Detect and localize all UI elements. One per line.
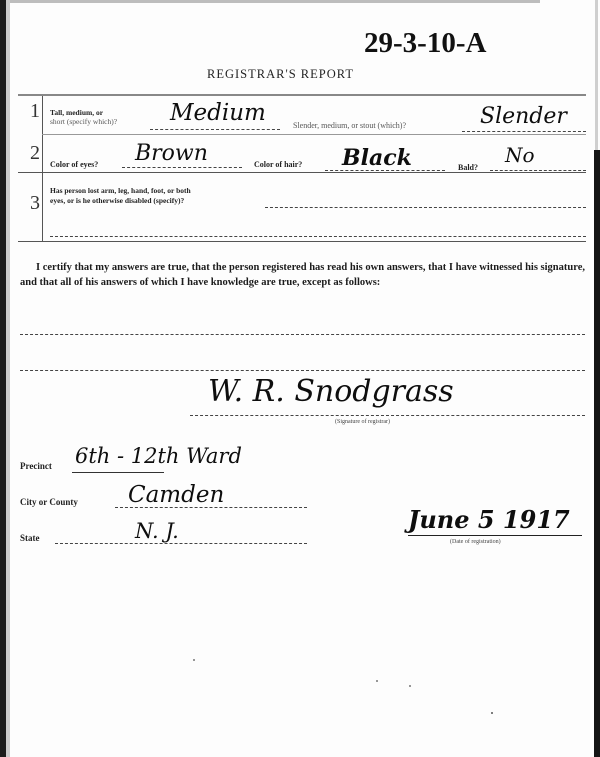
precinct-label: Precinct	[20, 461, 52, 471]
row2-question-eyes: Color of eyes?	[50, 160, 98, 169]
certification-statement: I certify that my answers are true, that…	[20, 260, 585, 290]
registrar-signature-line	[190, 415, 585, 416]
row3-answer-line-1	[265, 207, 586, 208]
registration-date: June 5 1917	[408, 505, 570, 534]
row2-answer-bald: No	[505, 143, 535, 167]
row1-answer-build-height: Medium	[170, 100, 266, 126]
city-county-label: City or County	[20, 497, 78, 507]
state-line	[55, 543, 307, 544]
row3-question-line2: eyes, or is he otherwise disabled (speci…	[50, 196, 184, 205]
scan-speck	[491, 712, 493, 714]
serial-number: 29-3-10-A	[364, 27, 486, 60]
exceptions-line-2	[20, 370, 585, 371]
row2-answer-eyes-line	[122, 167, 242, 168]
row-number-2: 2	[30, 142, 40, 165]
registrar-signature: W. R. Snodgrass	[208, 374, 454, 409]
scan-speck	[376, 680, 378, 682]
precinct-line	[72, 472, 164, 473]
row2-question-hair: Color of hair?	[254, 160, 302, 169]
row2-answer-bald-line	[490, 170, 586, 171]
row1-question-b: Slender, medium, or stout (which)?	[293, 121, 406, 130]
scan-speck	[409, 685, 411, 687]
row2-bottom-rule	[18, 172, 586, 173]
row-number-1: 1	[30, 100, 40, 123]
row2-question-bald: Bald?	[458, 163, 478, 172]
scan-edge-right-top	[595, 0, 598, 150]
exceptions-line-1	[20, 334, 585, 335]
registration-date-caption: (Date of registration)	[450, 539, 501, 545]
row3-question-line1: Has person lost arm, leg, hand, foot, or…	[50, 186, 191, 195]
row1-bottom-rule	[42, 134, 586, 135]
scan-edge-right	[594, 150, 600, 757]
row1-answer-build: Slender	[480, 104, 567, 129]
row-number-3: 3	[30, 192, 40, 215]
state-value: N. J.	[135, 519, 179, 543]
scan-edge-left-shadow	[6, 0, 10, 757]
precinct-value: 6th - 12th Ward	[75, 444, 242, 468]
row2-answer-eyes: Brown	[135, 141, 208, 166]
table-bottom-rule	[18, 241, 586, 242]
row1-question-a-line2: short (specify which)?	[50, 117, 117, 126]
draft-registration-card: 29-3-10-A REGISTRAR'S REPORT 1 Tall, med…	[0, 0, 600, 757]
row1-answer-a-line	[150, 129, 280, 130]
table-top-rule	[18, 94, 586, 96]
scan-edge-top	[10, 0, 540, 3]
registrar-signature-caption: (Signature of registrar)	[335, 419, 390, 425]
scan-speck	[193, 659, 195, 661]
row3-answer-line-2	[50, 236, 586, 237]
city-county-value: Camden	[128, 482, 224, 508]
row2-answer-hair: Black	[342, 145, 412, 171]
row1-answer-b-line	[462, 131, 586, 132]
registration-date-line	[408, 535, 582, 536]
state-label: State	[20, 533, 40, 543]
row2-answer-hair-line	[325, 170, 445, 171]
city-county-line	[115, 507, 307, 508]
report-title: REGISTRAR'S REPORT	[207, 67, 354, 82]
table-number-column-rule	[42, 96, 43, 241]
row1-question-a-line1: Tall, medium, or	[50, 108, 103, 117]
